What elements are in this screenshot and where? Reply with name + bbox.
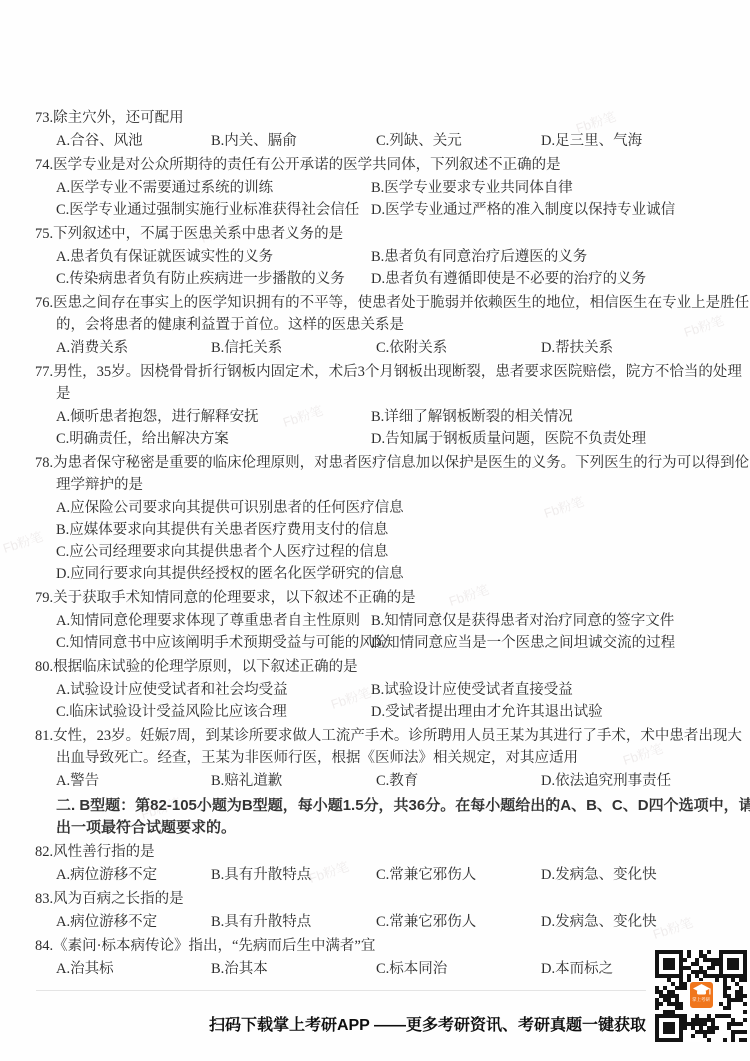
- option-group: A.倾听患者抱怨，进行解释安抚B.详细了解钢板断裂的相关情况C.明确责任，给出解…: [56, 406, 720, 450]
- question-item: 78.为患者保守秘密是重要的临床伦理原则，对患者医疗信息加以保护是医生的义务。下…: [35, 452, 720, 585]
- question-text: 女性，23岁。妊娠7周，到某诊所要求做人工流产手术。诊所聘用人员王某为其进行了手…: [53, 728, 742, 744]
- question-item: 74.医学专业是对公众所期待的责任有公开承诺的医学共同体，下列叙述不正确的是A.…: [35, 154, 720, 221]
- question-stem: 75.下列叙述中，不属于医患关系中患者义务的是: [35, 223, 720, 245]
- question-stem-line: 74.医学专业是对公众所期待的责任有公开承诺的医学共同体，下列叙述不正确的是: [56, 154, 720, 176]
- option-D: D.医学专业通过严格的准入制度以保持专业诚信: [371, 199, 720, 221]
- question-item: 79.关于获取手术知情同意的伦理要求，以下叙述不正确的是A.知情同意伦理要求体现…: [35, 587, 720, 654]
- question-stem-line: 的，会将患者的健康利益置于首位。这样的医患关系是: [56, 314, 720, 336]
- option-D: D.受试者提出理由才允许其退出试验: [371, 701, 720, 723]
- question-item: 81.女性，23岁。妊娠7周，到某诊所要求做人工流产手术。诊所聘用人员王某为其进…: [35, 725, 720, 792]
- question-item: 77.男性，35岁。因桡骨骨折行钢板内固定术，术后3个月钢板出现断裂，患者要求医…: [35, 361, 720, 450]
- option-C: C.传染病患者负有防止疾病进一步播散的义务: [56, 268, 371, 290]
- option-D: D.告知属于钢板质量问题，医院不负责处理: [371, 428, 720, 450]
- question-stem-line: 83.风为百病之长指的是: [56, 888, 720, 910]
- section-b-header-line: 出一项最符合试题要求的。: [56, 817, 720, 839]
- question-stem-line: 出血导致死亡。经查，王某为非医师行医，根据《医师法》相关规定，对其应适用: [56, 747, 720, 769]
- question-number: 79.: [35, 590, 53, 606]
- question-list: 73.除主穴外，还可配用A.合谷、风池B.内关、膈俞C.列缺、关元D.足三里、气…: [35, 107, 720, 982]
- question-number: 84.: [35, 938, 53, 954]
- qr-center-logo: 掌上考研: [689, 981, 714, 1009]
- option-group: A.试验设计应使受试者和社会均受益B.试验设计应使受试者直接受益C.临床试验设计…: [56, 679, 720, 723]
- option-D: D.应同行要求向其提供经授权的匿名化医学研究的信息: [56, 563, 720, 585]
- footer-caption: 扫码下载掌上考研APP ——更多考研资讯、考研真题一键获取: [209, 1012, 646, 1035]
- option-B: B.应媒体要求向其提供有关患者医疗费用支付的信息: [56, 519, 720, 541]
- question-text: 为患者保守秘密是重要的临床伦理原则，对患者医疗信息加以保护是医生的义务。下列医生…: [53, 455, 749, 471]
- question-text: 除主穴外，还可配用: [53, 110, 184, 126]
- option-group: A.治其标B.治其本C.标本同治D.本而标之: [56, 958, 720, 980]
- question-number: 74.: [35, 157, 53, 173]
- question-item: 76.医患之间存在事实上的医学知识拥有的不平等，使患者处于脆弱并依赖医生的地位，…: [35, 292, 720, 359]
- option-group: A.医学专业不需要通过系统的训练B.医学专业要求专业共同体自律C.医学专业通过强…: [56, 177, 720, 221]
- option-B: B.具有升散特点: [211, 911, 376, 933]
- question-stem: 76.医患之间存在事实上的医学知识拥有的不平等，使患者处于脆弱并依赖医生的地位，…: [35, 292, 720, 336]
- question-stem: 78.为患者保守秘密是重要的临床伦理原则，对患者医疗信息加以保护是医生的义务。下…: [35, 452, 720, 496]
- question-text: 风性善行指的是: [53, 844, 155, 860]
- question-item: 73.除主穴外，还可配用A.合谷、风池B.内关、膈俞C.列缺、关元D.足三里、气…: [35, 107, 720, 152]
- question-stem-line: 79.关于获取手术知情同意的伦理要求，以下叙述不正确的是: [56, 587, 720, 609]
- question-stem: 83.风为百病之长指的是: [35, 888, 720, 910]
- option-A: A.病位游移不定: [56, 864, 211, 886]
- option-A: A.治其标: [56, 958, 211, 980]
- option-A: A.病位游移不定: [56, 911, 211, 933]
- question-item: 83.风为百病之长指的是A.病位游移不定B.具有升散特点C.常兼它邪伤人D.发病…: [35, 888, 720, 933]
- option-A: A.警告: [56, 770, 211, 792]
- question-text: 《素问·标本病传论》指出，“先病而后生中满者”宜: [53, 938, 375, 954]
- option-C: C.列缺、关元: [376, 130, 541, 152]
- option-D: D.足三里、气海: [541, 130, 720, 152]
- option-B: B.具有升散特点: [211, 864, 376, 886]
- option-D: D.患者负有遵循即使是不必要的治疗的义务: [371, 268, 720, 290]
- option-C: C.依附关系: [376, 337, 541, 359]
- option-D: D.知情同意应当是一个医患之间坦诚交流的过程: [371, 632, 720, 654]
- question-text: 风为百病之长指的是: [53, 891, 184, 907]
- question-stem-line: 78.为患者保守秘密是重要的临床伦理原则，对患者医疗信息加以保护是医生的义务。下…: [56, 452, 720, 474]
- option-C: C.常兼它邪伤人: [376, 911, 541, 933]
- option-C: C.应公司经理要求向其提供患者个人医疗过程的信息: [56, 541, 720, 563]
- option-B: B.信托关系: [211, 337, 376, 359]
- option-C: C.标本同治: [376, 958, 541, 980]
- question-number: 80.: [35, 659, 53, 675]
- question-stem-line: 82.风性善行指的是: [56, 841, 720, 863]
- option-group: A.患者负有保证就医诚实性的义务B.患者负有同意治疗后遵医的义务C.传染病患者负…: [56, 246, 720, 290]
- question-stem: 74.医学专业是对公众所期待的责任有公开承诺的医学共同体，下列叙述不正确的是: [35, 154, 720, 176]
- question-item: 75.下列叙述中，不属于医患关系中患者义务的是A.患者负有保证就医诚实性的义务B…: [35, 223, 720, 290]
- option-group: A.消费关系B.信托关系C.依附关系D.帮扶关系: [56, 337, 720, 359]
- question-stem: 77.男性，35岁。因桡骨骨折行钢板内固定术，术后3个月钢板出现断裂，患者要求医…: [35, 361, 720, 405]
- question-number: 77.: [35, 364, 53, 380]
- question-stem: 84.《素问·标本病传论》指出，“先病而后生中满者”宜: [35, 935, 720, 957]
- question-stem: 82.风性善行指的是: [35, 841, 720, 863]
- option-B: B.医学专业要求专业共同体自律: [371, 177, 720, 199]
- option-C: C.知情同意书中应该阐明手术预期受益与可能的风险: [56, 632, 371, 654]
- option-B: B.内关、膈俞: [211, 130, 376, 152]
- question-stem-line: 76.医患之间存在事实上的医学知识拥有的不平等，使患者处于脆弱并依赖医生的地位，…: [56, 292, 720, 314]
- question-stem-line: 是: [56, 383, 720, 405]
- question-stem: 79.关于获取手术知情同意的伦理要求，以下叙述不正确的是: [35, 587, 720, 609]
- question-text: 下列叙述中，不属于医患关系中患者义务的是: [53, 226, 343, 242]
- question-text: 医学专业是对公众所期待的责任有公开承诺的医学共同体，下列叙述不正确的是: [53, 157, 561, 173]
- question-item: 82.风性善行指的是A.病位游移不定B.具有升散特点C.常兼它邪伤人D.发病急、…: [35, 841, 720, 886]
- question-stem: 81.女性，23岁。妊娠7周，到某诊所要求做人工流产手术。诊所聘用人员王某为其进…: [35, 725, 720, 769]
- option-group: A.警告B.赔礼道歉C.教育D.依法追究刑事责任: [56, 770, 720, 792]
- footer-divider: [36, 990, 646, 991]
- question-stem: 80.根据临床试验的伦理学原则，以下叙述正确的是: [35, 656, 720, 678]
- question-text: 医患之间存在事实上的医学知识拥有的不平等，使患者处于脆弱并依赖医生的地位，相信医…: [53, 295, 749, 311]
- question-item: 84.《素问·标本病传论》指出，“先病而后生中满者”宜A.治其标B.治其本C.标…: [35, 935, 720, 980]
- option-C: C.临床试验设计受益风险比应该合理: [56, 701, 371, 723]
- option-C: C.教育: [376, 770, 541, 792]
- option-A: A.患者负有保证就医诚实性的义务: [56, 246, 371, 268]
- option-C: C.明确责任，给出解决方案: [56, 428, 371, 450]
- question-item: 80.根据临床试验的伦理学原则，以下叙述正确的是A.试验设计应使受试者和社会均受…: [35, 656, 720, 723]
- option-A: A.消费关系: [56, 337, 211, 359]
- question-text: 根据临床试验的伦理学原则，以下叙述正确的是: [53, 659, 358, 675]
- question-stem-line: 84.《素问·标本病传论》指出，“先病而后生中满者”宜: [56, 935, 720, 957]
- app-qr-code: 掌上考研: [655, 950, 748, 1042]
- option-D: D.发病急、变化快: [541, 864, 720, 886]
- option-group: A.知情同意伦理要求体现了尊重患者自主性原则B.知情同意仅是获得患者对治疗同意的…: [56, 610, 720, 654]
- question-number: 83.: [35, 891, 53, 907]
- question-stem-line: 80.根据临床试验的伦理学原则，以下叙述正确的是: [56, 656, 720, 678]
- option-group: A.合谷、风池B.内关、膈俞C.列缺、关元D.足三里、气海: [56, 130, 720, 152]
- qr-logo-text: 掌上考研: [692, 997, 710, 1002]
- option-A: A.试验设计应使受试者和社会均受益: [56, 679, 371, 701]
- section-b-header-line: 二. B型题：第82-105小题为B型题，每小题1.5分，共36分。在每小题给出…: [56, 795, 720, 817]
- question-text: 男性，35岁。因桡骨骨折行钢板内固定术，术后3个月钢板出现断裂，患者要求医院赔偿…: [53, 364, 742, 380]
- question-stem-line: 77.男性，35岁。因桡骨骨折行钢板内固定术，术后3个月钢板出现断裂，患者要求医…: [56, 361, 720, 383]
- question-stem: 73.除主穴外，还可配用: [35, 107, 720, 129]
- graduation-cap-icon: [690, 982, 713, 997]
- option-C: C.常兼它邪伤人: [376, 864, 541, 886]
- option-D: D.帮扶关系: [541, 337, 720, 359]
- option-A: A.合谷、风池: [56, 130, 211, 152]
- question-stem-line: 73.除主穴外，还可配用: [56, 107, 720, 129]
- option-D: D.依法追究刑事责任: [541, 770, 720, 792]
- option-D: D.发病急、变化快: [541, 911, 720, 933]
- question-number: 73.: [35, 110, 53, 126]
- option-B: B.患者负有同意治疗后遵医的义务: [371, 246, 720, 268]
- question-stem-line: 理学辩护的是: [56, 474, 720, 496]
- question-number: 75.: [35, 226, 53, 242]
- option-C: C.医学专业通过强制实施行业标准获得社会信任: [56, 199, 371, 221]
- option-B: B.治其本: [211, 958, 376, 980]
- question-number: 81.: [35, 728, 53, 744]
- question-number: 76.: [35, 295, 53, 311]
- option-A: A.应保险公司要求向其提供可识别患者的任何医疗信息: [56, 497, 720, 519]
- option-B: B.赔礼道歉: [211, 770, 376, 792]
- question-stem-line: 81.女性，23岁。妊娠7周，到某诊所要求做人工流产手术。诊所聘用人员王某为其进…: [56, 725, 720, 747]
- option-B: B.详细了解钢板断裂的相关情况: [371, 406, 720, 428]
- option-B: B.试验设计应使受试者直接受益: [371, 679, 720, 701]
- question-number: 78.: [35, 455, 53, 471]
- option-A: A.知情同意伦理要求体现了尊重患者自主性原则: [56, 610, 371, 632]
- option-A: A.倾听患者抱怨，进行解释安抚: [56, 406, 371, 428]
- option-group: A.应保险公司要求向其提供可识别患者的任何医疗信息B.应媒体要求向其提供有关患者…: [56, 497, 720, 585]
- option-B: B.知情同意仅是获得患者对治疗同意的签字文件: [371, 610, 720, 632]
- question-text: 关于获取手术知情同意的伦理要求，以下叙述不正确的是: [53, 590, 416, 606]
- option-A: A.医学专业不需要通过系统的训练: [56, 177, 371, 199]
- option-group: A.病位游移不定B.具有升散特点C.常兼它邪伤人D.发病急、变化快: [56, 911, 720, 933]
- question-stem-line: 75.下列叙述中，不属于医患关系中患者义务的是: [56, 223, 720, 245]
- question-number: 82.: [35, 844, 53, 860]
- option-group: A.病位游移不定B.具有升散特点C.常兼它邪伤人D.发病急、变化快: [56, 864, 720, 886]
- section-b-header: 二. B型题：第82-105小题为B型题，每小题1.5分，共36分。在每小题给出…: [56, 795, 720, 839]
